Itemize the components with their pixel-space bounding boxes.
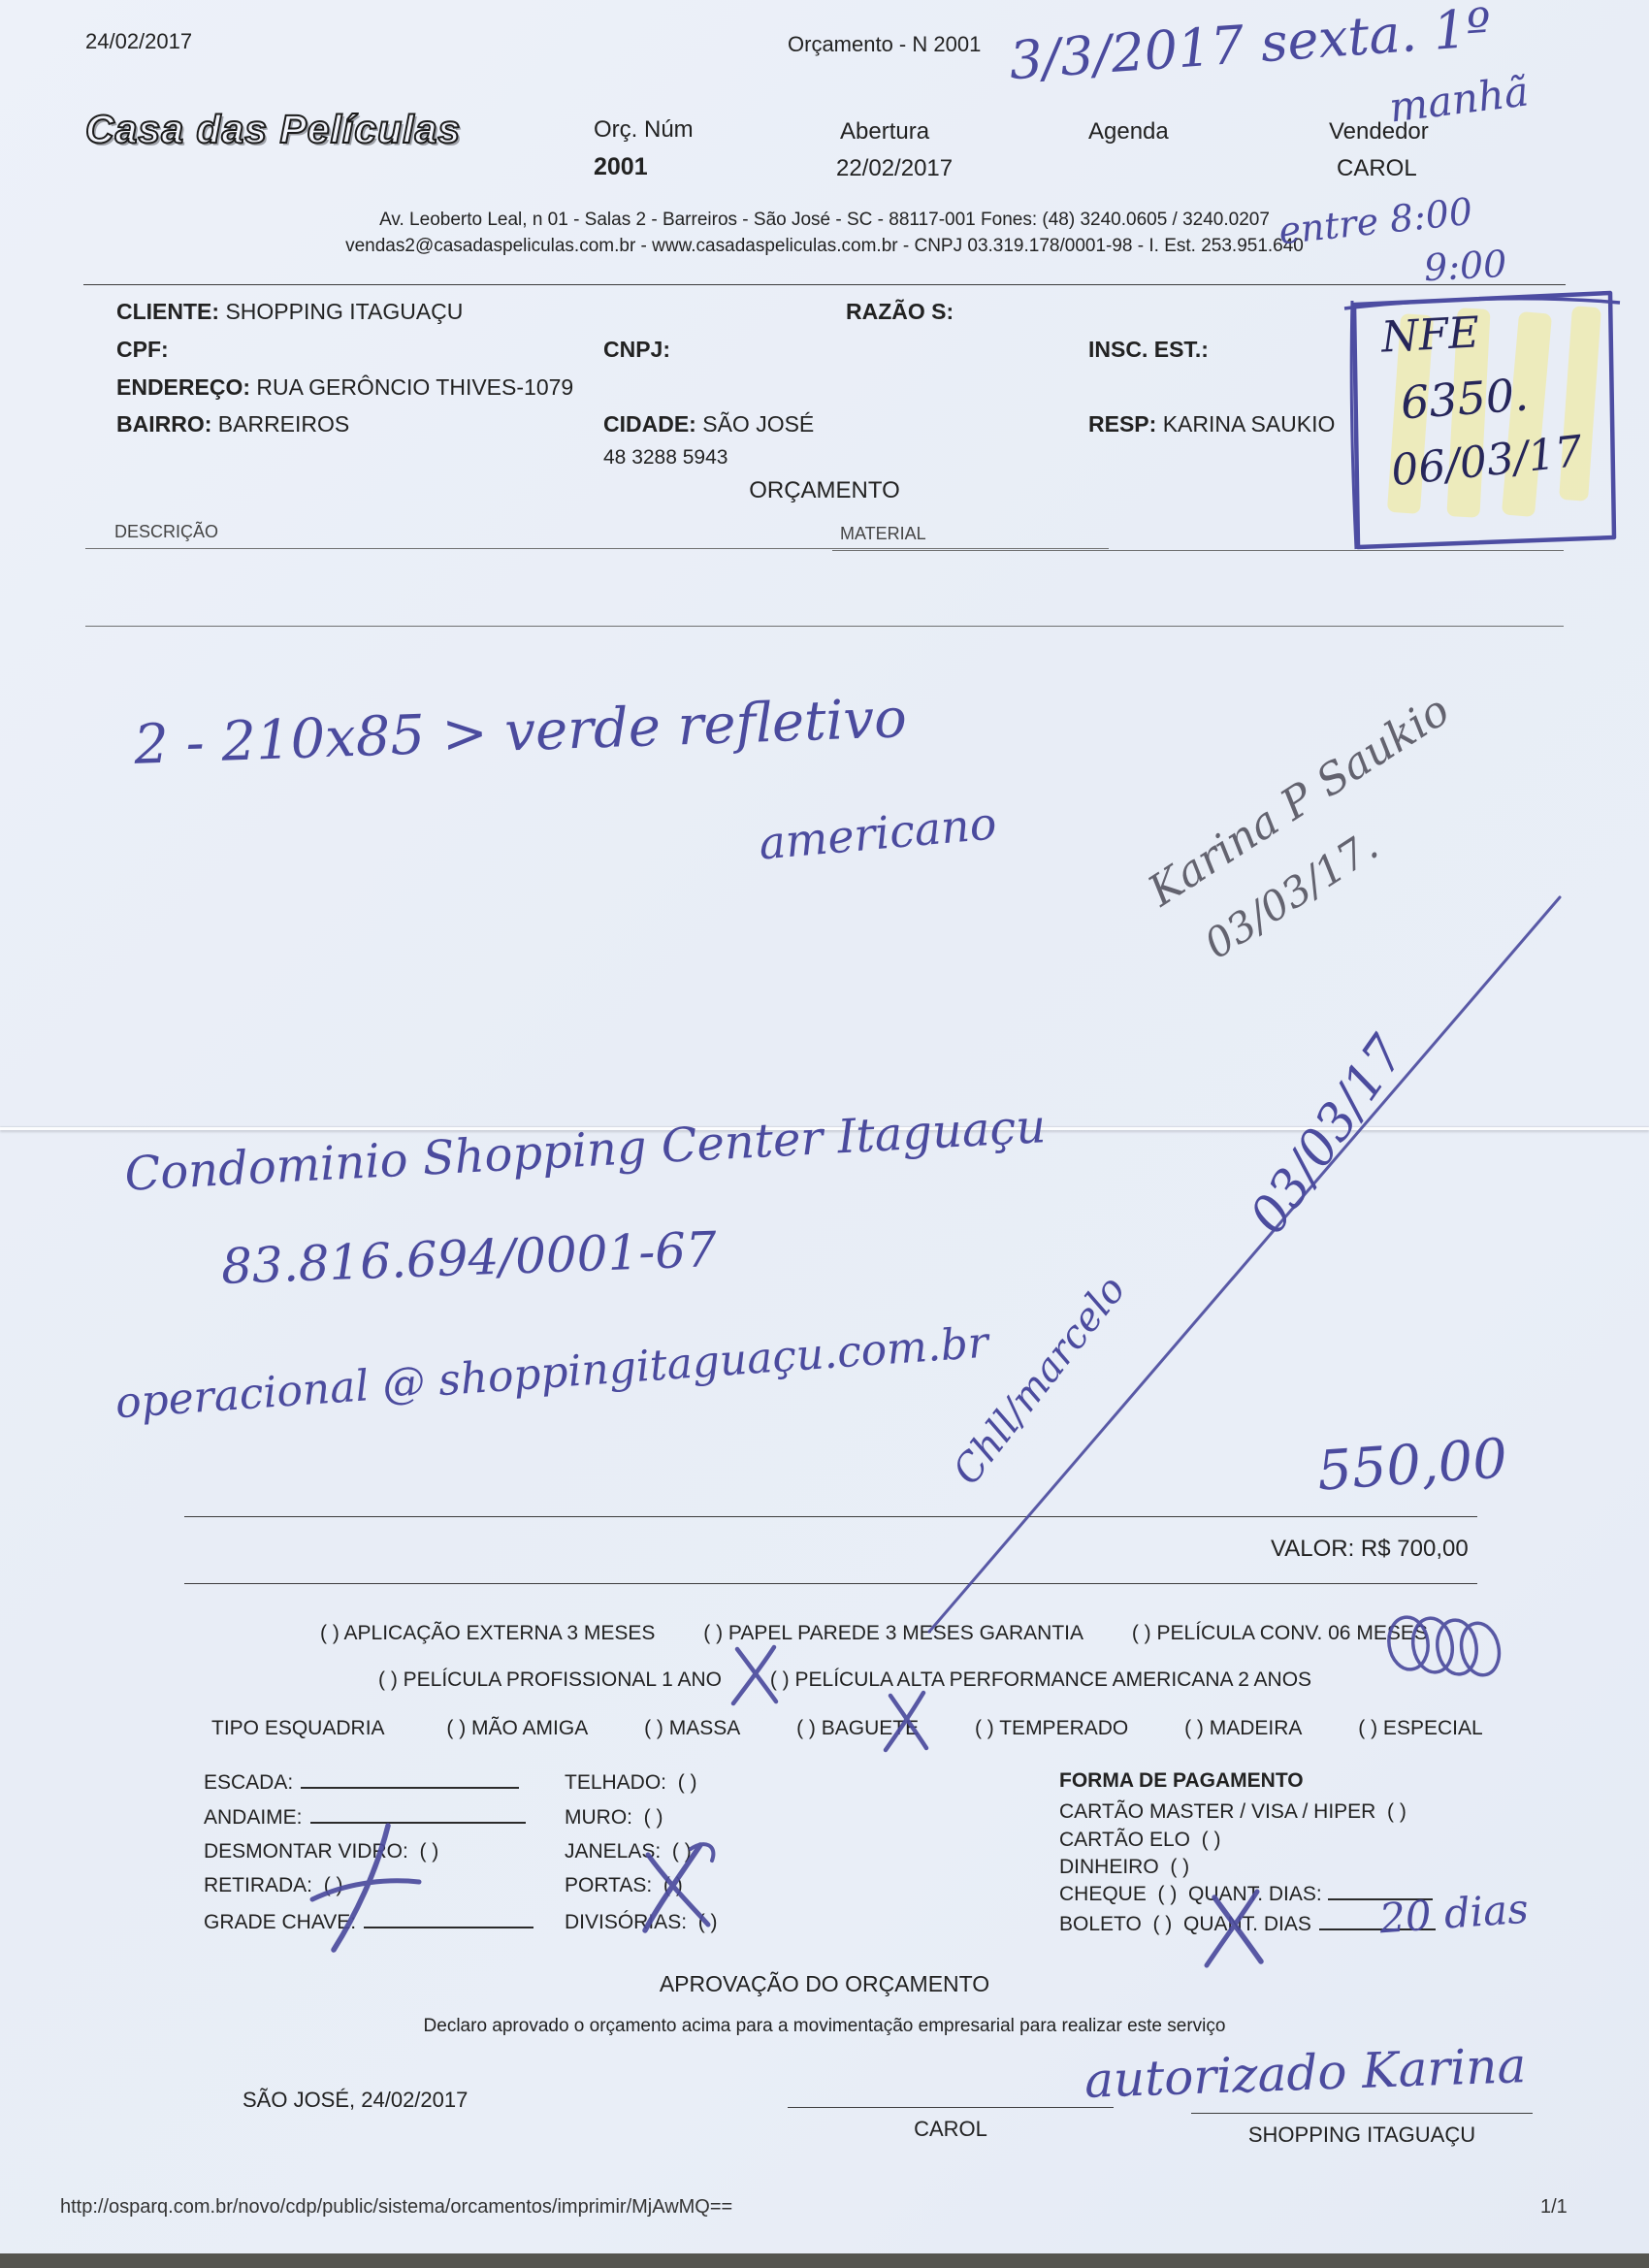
option-especial: ( ) ESPECIAL (1358, 1717, 1482, 1739)
payment-title: FORMA DE PAGAMENTO (1059, 1769, 1304, 1793)
warranty-options-row1: ( ) APLICAÇÃO EXTERNA 3 MESES ( ) PAPEL … (320, 1622, 1471, 1645)
client-phone: 48 3288 5943 (603, 446, 727, 470)
option-papel-parede: ( ) PAPEL PAREDE 3 MESES GARANTIA (703, 1622, 1083, 1644)
payment-cheque: CHEQUE ( ) QUANT. DIAS: (1059, 1883, 1433, 1906)
field-grade-chave: GRADE CHAVE: (204, 1911, 533, 1934)
client-signature-name: SHOPPING ITAGUAÇU (1191, 2122, 1533, 2148)
escada-blank-line (301, 1773, 519, 1789)
field-divisorias: DIVISÓRIAS: ( ) (565, 1911, 718, 1934)
field-escada: ESCADA: (204, 1771, 519, 1795)
cliente-field: CLIENTE: SHOPPING ITAGUAÇU (116, 299, 463, 325)
abertura-label: Abertura (840, 118, 929, 146)
handwritten-nfe-box: NFE 6350. 06/03/17 (1341, 283, 1624, 561)
handwritten-client-cnpj: 83.816.694/0001-67 (220, 1221, 718, 1295)
endereco-field: ENDEREÇO: RUA GERÔNCIO THIVES-1079 (116, 374, 573, 401)
field-muro: MURO: ( ) (565, 1806, 663, 1830)
cidade-field: CIDADE: SÃO JOSÉ (603, 411, 814, 437)
field-portas: PORTAS: ( ) (565, 1874, 683, 1897)
handwritten-boleto-days: 20 dias (1377, 1885, 1530, 1943)
footer-page-number: 1/1 (1540, 2196, 1568, 2219)
descricao-underline (85, 548, 1109, 549)
material-label: MATERIAL (840, 524, 926, 544)
option-pelicula-conv: ( ) PELÍCULA CONV. 06 MESES (1132, 1622, 1428, 1644)
field-janelas: JANELAS: ( ) (565, 1840, 692, 1863)
field-retirada: RETIRADA: ( ) (204, 1874, 343, 1897)
approval-declaration: Declaro aprovado o orçamento acima para … (0, 2016, 1649, 2037)
doc-title: Orçamento - N 2001 (788, 32, 981, 57)
handwritten-diagonal-note: Chll/marcelo (945, 1268, 1135, 1494)
handwritten-client-name: Condominio Shopping Center Itaguaçu (123, 1099, 1047, 1202)
warranty-options-row2: ( ) PELÍCULA PROFISSIONAL 1 ANO ( ) PELÍ… (378, 1669, 1354, 1692)
cpf-label: CPF: (116, 337, 169, 363)
approval-city-date: SÃO JOSÉ, 24/02/2017 (242, 2088, 468, 2113)
diagonal-pen-line (929, 897, 1560, 1632)
abertura-value: 22/02/2017 (836, 155, 953, 182)
option-madeira: ( ) MADEIRA (1184, 1717, 1302, 1739)
print-date: 24/02/2017 (85, 29, 192, 54)
vendedor-value: CAROL (1337, 155, 1417, 182)
handwritten-nfe-label: NFE (1380, 308, 1481, 362)
option-baguete: ( ) BAGUETE (796, 1717, 919, 1739)
orc-num-label: Orç. Núm (594, 116, 694, 144)
handwritten-nfe-number: 6350. (1399, 368, 1530, 429)
handwritten-item-line: 2 - 210x85 > verde refletivo (133, 687, 908, 777)
cnpj-label: CNPJ: (603, 337, 670, 363)
payment-cartao-elo: CARTÃO ELO ( ) (1059, 1829, 1220, 1852)
client-signature-line (1191, 2113, 1533, 2114)
insc-label: INSC. EST.: (1088, 337, 1209, 363)
option-pelicula-alta-performance: ( ) PELÍCULA ALTA PERFORMANCE AMERICANA … (770, 1669, 1311, 1691)
agenda-label: Agenda (1088, 118, 1169, 146)
handwritten-client-email: operacional @ shoppingitaguaçu.com.br (113, 1318, 989, 1429)
bairro-field: BAIRRO: BARREIROS (116, 411, 349, 437)
handwritten-item-line2: americano (757, 796, 998, 869)
company-logo: Casa das Películas (85, 107, 461, 152)
handwritten-schedule-date: 3/3/2017 sexta. 1º (1007, 0, 1493, 91)
handwritten-authorized-note: autorizado Karina (1083, 2037, 1527, 2109)
valor-field: VALOR: R$ 700,00 (1271, 1536, 1469, 1563)
field-andaime: ANDAIME: (204, 1806, 526, 1830)
option-temperado: ( ) TEMPERADO (975, 1717, 1128, 1739)
budget-section-title: ORÇAMENTO (0, 477, 1649, 504)
option-pelicula-profissional: ( ) PELÍCULA PROFISSIONAL 1 ANO (378, 1669, 722, 1691)
handwritten-time-note-2: 9:00 (1423, 243, 1508, 289)
approval-title: APROVAÇÃO DO ORÇAMENTO (0, 1971, 1649, 1997)
field-telhado: TELHADO: ( ) (565, 1771, 697, 1795)
option-massa: ( ) MASSA (644, 1717, 740, 1739)
valor-bottom-line (184, 1583, 1477, 1584)
vendor-signature-line (788, 2107, 1114, 2108)
vendor-signature-name: CAROL (788, 2117, 1114, 2142)
option-aplicacao-externa: ( ) APLICAÇÃO EXTERNA 3 MESES (320, 1622, 655, 1644)
scanned-budget-document: 24/02/2017 Orçamento - N 2001 Casa das P… (0, 0, 1649, 2268)
scan-edge-band (0, 2253, 1649, 2268)
payment-cartao-master: CARTÃO MASTER / VISA / HIPER ( ) (1059, 1800, 1406, 1824)
razao-label: RAZÃO S: (846, 299, 954, 325)
resp-field: RESP: KARINA SAUKIO (1088, 411, 1335, 437)
description-area-line (85, 626, 1564, 627)
field-desmontar-vidro: DESMONTAR VIDRO: ( ) (204, 1840, 438, 1863)
check-portas (691, 1844, 713, 1861)
handwritten-diagonal-date: 03/03/17 (1239, 1025, 1416, 1245)
andaime-blank-line (310, 1808, 526, 1824)
valor-top-line (184, 1516, 1477, 1517)
footer-url: http://osparq.com.br/novo/cdp/public/sis… (60, 2196, 732, 2219)
grade-chave-blank-line (364, 1913, 533, 1928)
descricao-label: DESCRIÇÃO (114, 522, 218, 542)
esquadria-row: TIPO ESQUADRIA ( ) MÃO AMIGA ( ) MASSA (… (211, 1717, 1526, 1740)
option-mao-amiga: ( ) MÃO AMIGA (446, 1717, 588, 1739)
material-underline (832, 550, 1564, 551)
handwritten-value-note: 550,00 (1315, 1427, 1509, 1504)
payment-dinheiro: DINHEIRO ( ) (1059, 1856, 1189, 1879)
handwritten-schedule-period: manhã (1387, 67, 1532, 131)
tipo-esquadria-label: TIPO ESQUADRIA (211, 1717, 385, 1739)
orc-num-value: 2001 (594, 153, 648, 181)
